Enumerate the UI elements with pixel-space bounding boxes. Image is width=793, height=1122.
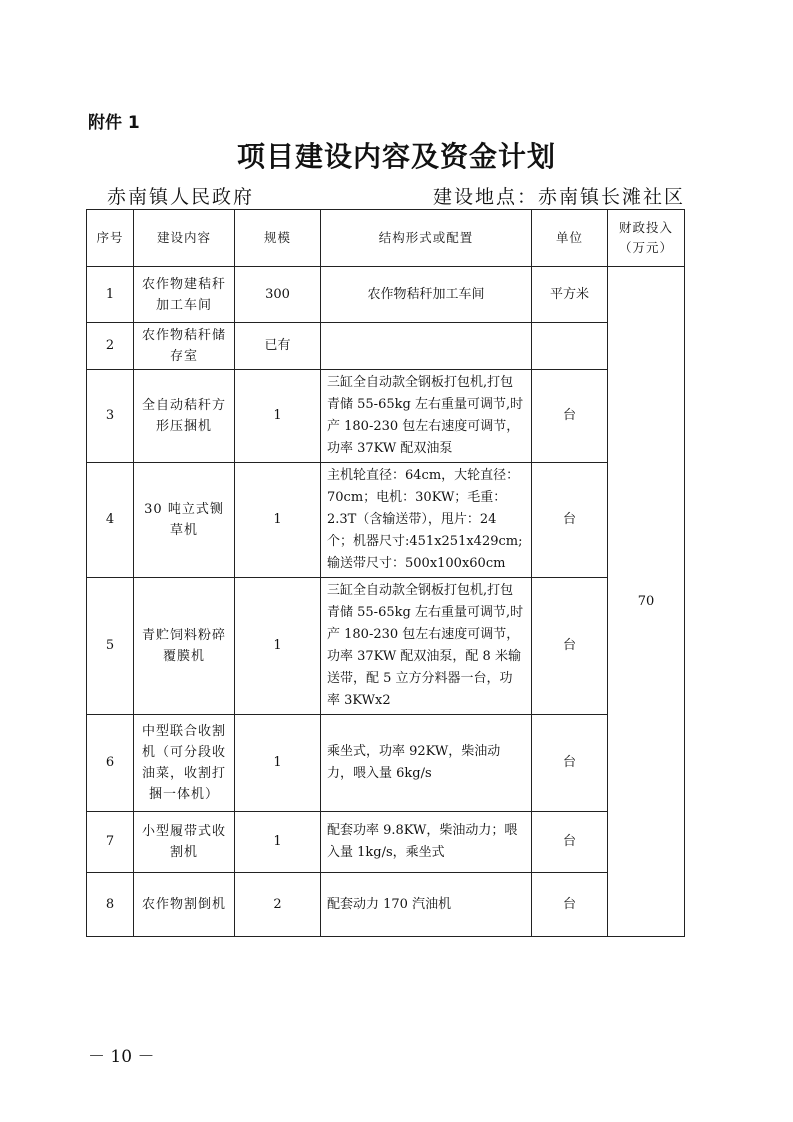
table-row: 3 全自动秸秆方形压捆机 1 三缸全自动款全钢板打包机,打包青储 55-65kg… [87, 370, 685, 463]
plan-table: 序号 建设内容 规模 结构形式或配置 单位 财政投入（万元） 1 农作物建秸秆加… [86, 209, 685, 937]
table-row: 2 农作物秸秆储存室 已有 [87, 323, 685, 370]
header-scale: 规模 [235, 210, 321, 267]
header-no: 序号 [87, 210, 134, 267]
table-row: 1 农作物建秸秆加工车间 300 农作物秸秆加工车间 平方米 70 [87, 267, 685, 323]
table-row: 8 农作物割倒机 2 配套动力 170 汽油机 台 [87, 873, 685, 937]
header-content: 建设内容 [134, 210, 235, 267]
table-header-row: 序号 建设内容 规模 结构形式或配置 单位 财政投入（万元） [87, 210, 685, 267]
issuer: 赤南镇人民政府 [107, 182, 254, 209]
location: 建设地点：赤南镇长滩社区 [433, 182, 685, 209]
table-row: 4 30 吨立式铡草机 1 主机轮直径：64cm，大轮直径：70cm；电机：30… [87, 463, 685, 578]
header-unit: 单位 [532, 210, 608, 267]
attachment-label: 附件 1 [88, 108, 140, 133]
table-row: 7 小型履带式收割机 1 配套功率 9.8KW，柴油动力；喂入量 1kg/s，乘… [87, 812, 685, 873]
finance-total: 70 [608, 267, 685, 937]
page-number: － 10 － [88, 1042, 154, 1067]
table-row: 5 青贮饲料粉碎覆膜机 1 三缸全自动款全钢板打包机,打包青储 55-65kg … [87, 578, 685, 715]
page-title: 项目建设内容及资金计划 [0, 135, 793, 175]
header-config: 结构形式或配置 [321, 210, 532, 267]
table-row: 6 中型联合收割机（可分段收油菜，收割打捆一体机） 1 乘坐式，功率 92KW，… [87, 715, 685, 812]
header-finance: 财政投入（万元） [608, 210, 685, 267]
